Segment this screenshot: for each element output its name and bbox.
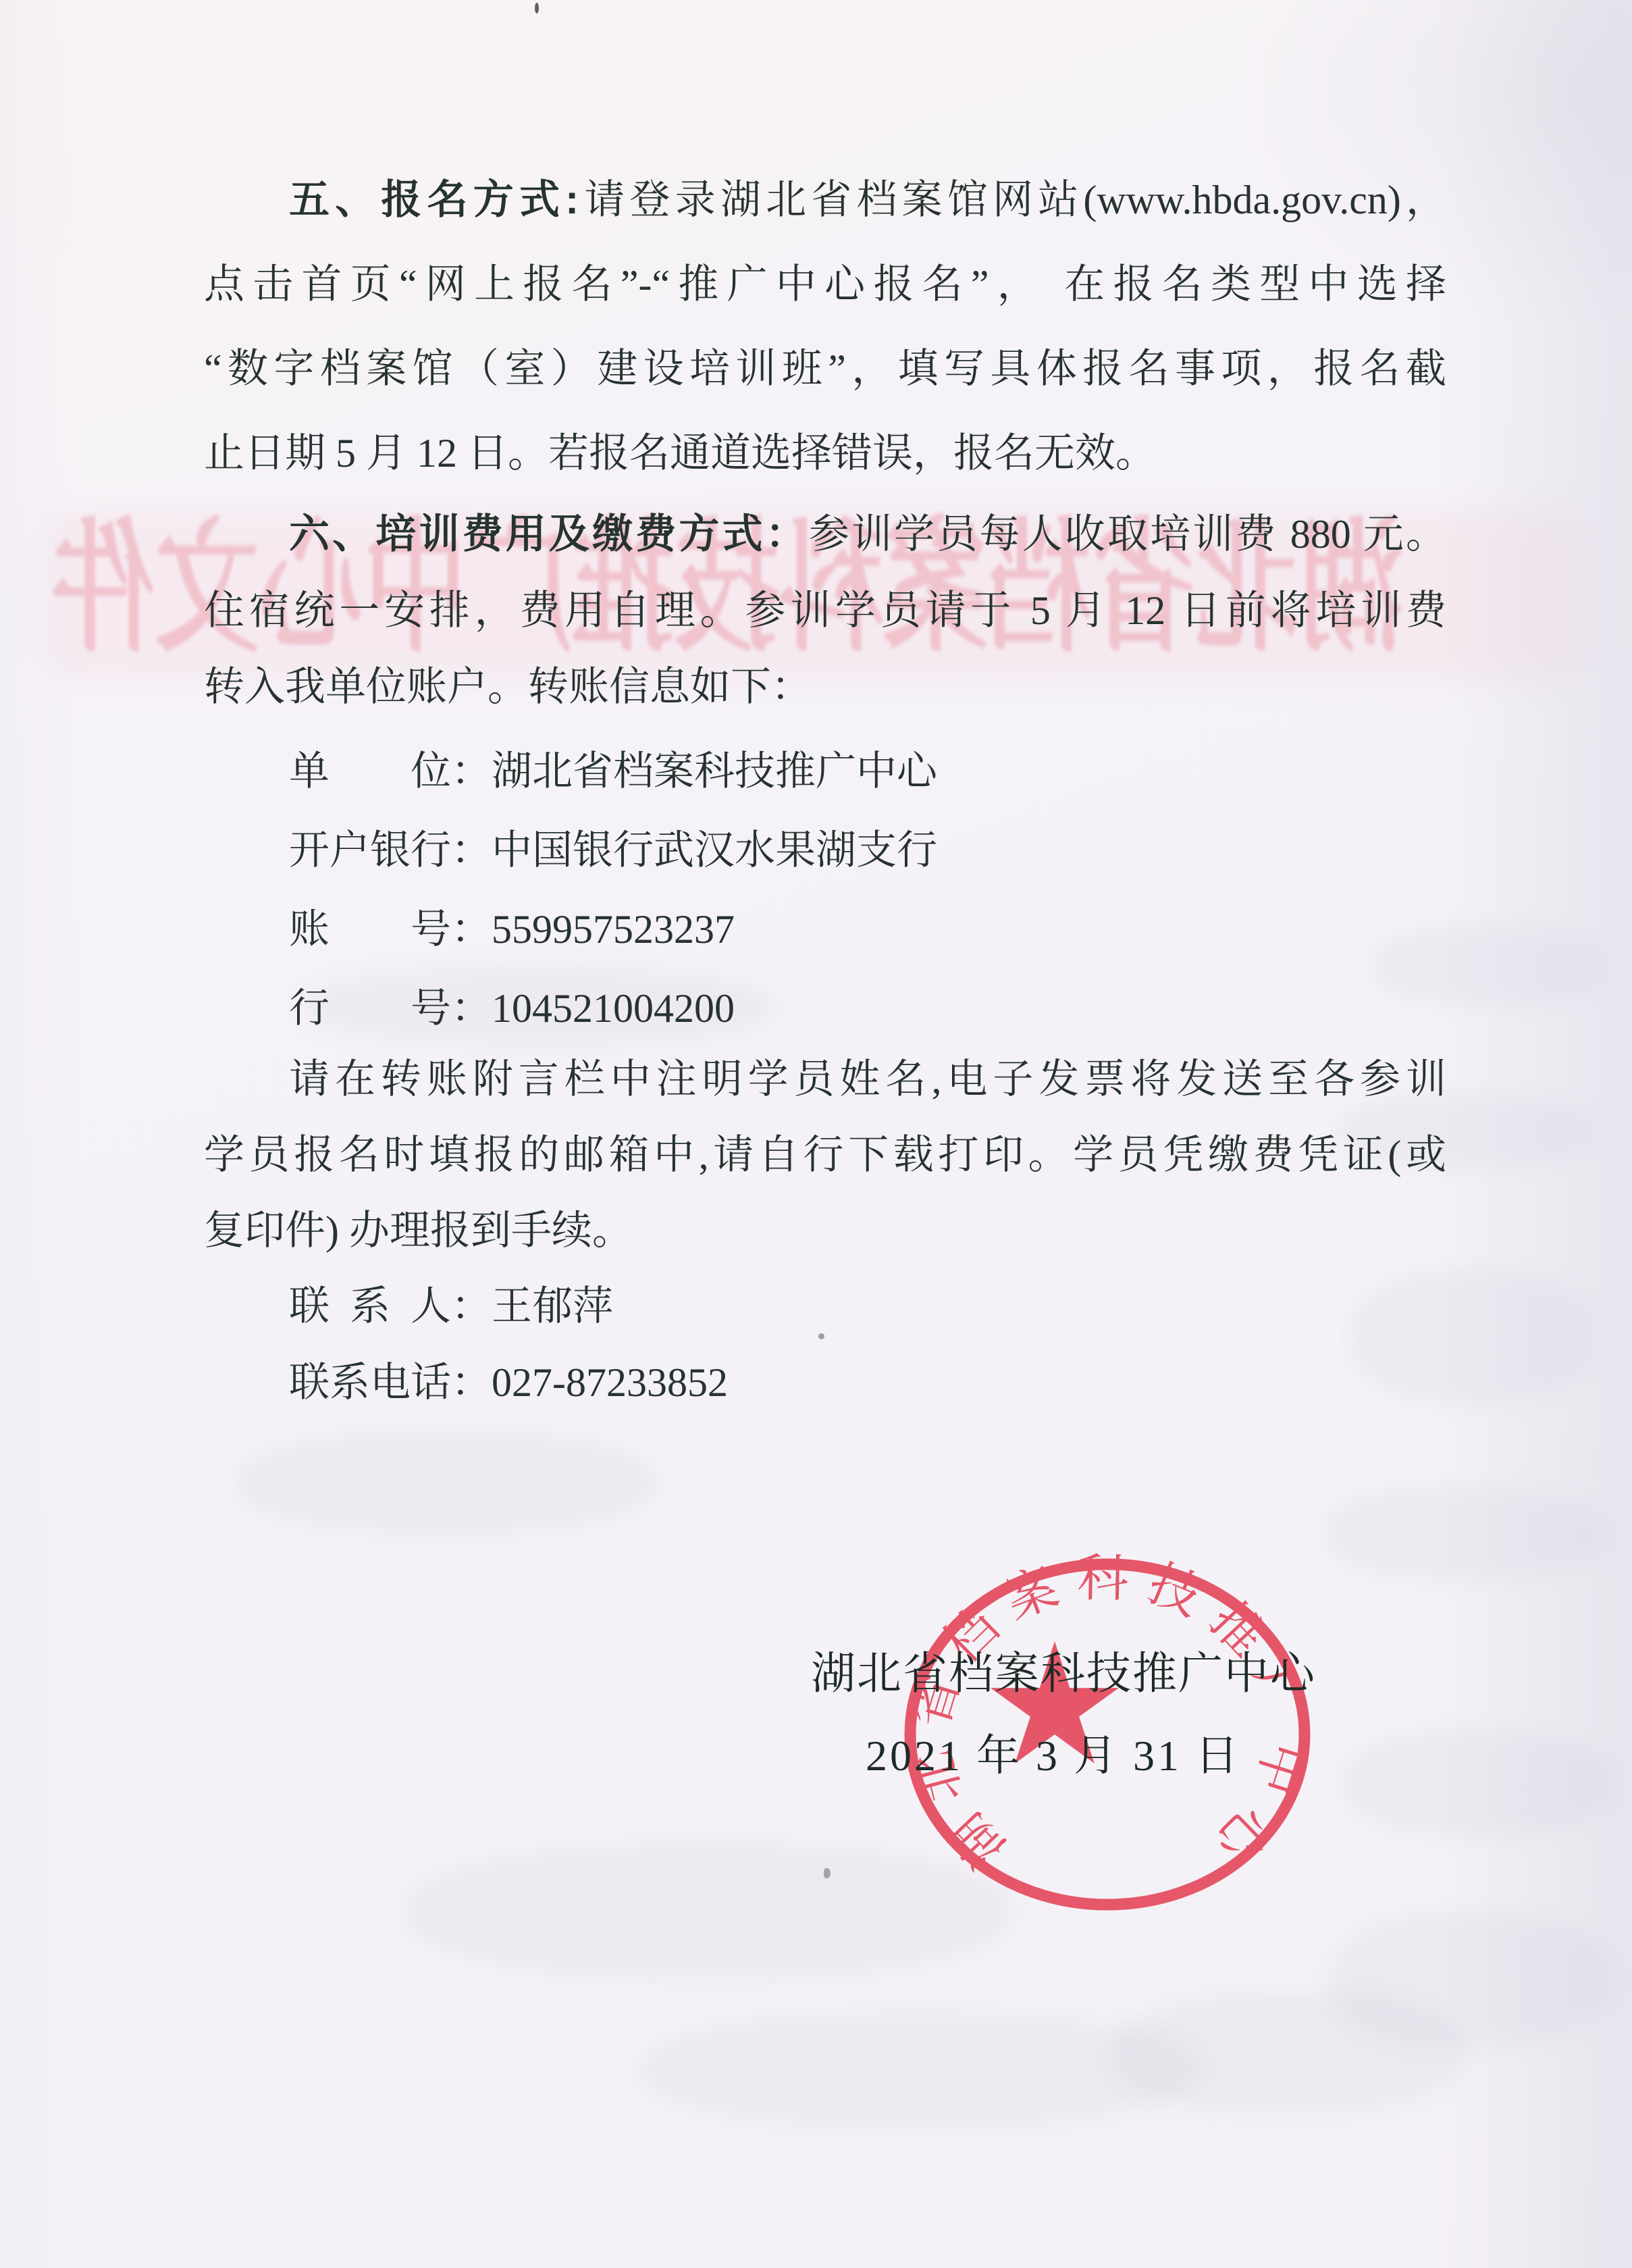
show-through-smudge	[236, 1432, 655, 1533]
doc-line: 五、报名方式:请登录湖北省档案馆网站(www.hbda.gov.cn)，	[204, 157, 1446, 242]
show-through-smudge	[1344, 1729, 1614, 1837]
doc-line: 学员报名时填报的邮箱中,请自行下载打印。学员凭缴费凭证(或	[204, 1117, 1446, 1193]
document-body: 五、报名方式:请登录湖北省档案馆网站(www.hbda.gov.cn)， 点击首…	[204, 157, 1446, 1421]
contact-phone: 联系电话：027-87233852	[204, 1345, 1446, 1421]
contact-person: 联 系 人：王郁萍	[204, 1268, 1446, 1345]
svg-text:湖北省档案科技推广中心: 湖北省档案科技推广中心	[901, 1550, 1315, 1882]
doc-line-text: 参训学员每人收取培训费 880 元。	[809, 512, 1446, 557]
doc-line: 止日期 5 月 12 日。若报名通道选择错误，报名无效。	[204, 411, 1446, 496]
scan-speck	[535, 3, 539, 14]
show-through-smudge	[1114, 1992, 1465, 2114]
bank-account-name: 单 位：湖北省档案科技推广中心	[204, 732, 1446, 811]
bank-branch: 开户银行：中国银行武汉水果湖支行	[204, 811, 1446, 890]
doc-line: 六、培训费用及缴费方式：参训学员每人收取培训费 880 元。	[204, 496, 1446, 573]
show-through-smudge	[641, 2013, 1195, 2128]
paragraph-registration: 五、报名方式:请登录湖北省档案馆网站(www.hbda.gov.cn)， 点击首…	[204, 157, 1446, 496]
scanned-document-page: 湖北省档案科技推广中心文件 五、报名方式:请登录湖北省档案馆网站(www.hbd…	[0, 0, 1632, 2268]
section-heading: 六、培训费用及缴费方式：	[289, 511, 809, 557]
paragraph-fees: 六、培训费用及缴费方式：参训学员每人收取培训费 880 元。 住宿统一安排，费用…	[204, 496, 1446, 725]
doc-line: 复印件) 办理报到手续。	[204, 1193, 1446, 1268]
scan-speck	[824, 1868, 831, 1878]
doc-line: 点击首页“网上报名”-“推广中心报名”， 在报名类型中选择	[204, 242, 1446, 327]
signature-date: 2021 年 3 月 31 日	[783, 1734, 1323, 1778]
bank-routing-number: 行 号：104521004200	[204, 969, 1446, 1048]
section-heading: 五、报名方式:	[289, 177, 579, 222]
seal-ring-text: 湖北省档案科技推广中心	[901, 1550, 1315, 1882]
doc-line: 转入我单位账户。转账信息如下：	[204, 649, 1446, 725]
show-through-smudge	[1323, 1486, 1607, 1580]
contact-block: 联 系 人：王郁萍 联系电话：027-87233852	[204, 1268, 1446, 1421]
doc-line: 住宿统一安排，费用自理。参训学员请于 5 月 12 日前将培训费	[204, 573, 1446, 649]
bank-account-number: 账 号：559957523237	[204, 890, 1446, 969]
signature-organization: 湖北省档案科技推广中心	[783, 1652, 1344, 1697]
doc-line-text: 请登录湖北省档案馆网站(www.hbda.gov.cn)，	[579, 178, 1446, 222]
doc-line: “数字档案馆（室）建设培训班”，填写具体报名事项，报名截	[204, 327, 1446, 411]
bank-info-block: 单 位：湖北省档案科技推广中心 开户银行：中国银行武汉水果湖支行 账 号：559…	[204, 732, 1446, 1048]
paragraph-invoice: 请在转账附言栏中注明学员姓名,电子发票将发送至各参训 学员报名时填报的邮箱中,请…	[204, 1041, 1446, 1268]
doc-line: 请在转账附言栏中注明学员姓名,电子发票将发送至各参训	[204, 1041, 1446, 1117]
